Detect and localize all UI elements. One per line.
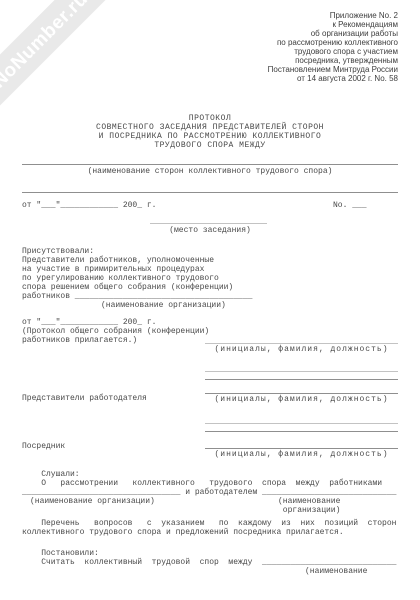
parties-rule-top bbox=[22, 164, 398, 165]
resolved-org-caption: (наименование bbox=[305, 567, 367, 576]
venue-rule bbox=[150, 223, 267, 224]
protocol-date-blank: от "___"____________ 200_ г. bbox=[22, 201, 156, 210]
watermark-text: NoNumber.ru bbox=[0, 0, 91, 91]
signature-rule-1 bbox=[205, 343, 398, 344]
protocol-number-blank: No. ___ bbox=[333, 201, 367, 210]
employer-representatives-label: Представители работодателя bbox=[22, 394, 147, 403]
venue-caption: (место заседания) bbox=[0, 226, 420, 235]
mediator-label: Посредник bbox=[22, 442, 65, 451]
meeting-minutes-note: от "___"____________ 200_ г. (Протокол о… bbox=[22, 318, 209, 345]
heard-paragraph: Слушали: О рассмотрении коллективного тр… bbox=[22, 470, 396, 497]
signature-blank-rule-3 bbox=[205, 423, 398, 424]
attendees-org-caption: (наименование организации) bbox=[101, 301, 226, 310]
signature-blank-rule-2 bbox=[205, 379, 398, 380]
signature-rule-2 bbox=[205, 393, 398, 394]
signature-caption-2: (инициалы, фамилия, должность) bbox=[205, 395, 398, 404]
heard-org-caption-left: (наименование организации) bbox=[30, 497, 155, 506]
signature-blank-rule-1 bbox=[205, 371, 398, 372]
parties-caption: (наименование сторон коллективного трудо… bbox=[0, 167, 420, 176]
signature-blank-rule-4 bbox=[205, 431, 398, 432]
parties-rule-bottom bbox=[22, 192, 398, 193]
signature-caption-3: (инициалы, фамилия, должность) bbox=[205, 450, 398, 459]
heard-org-caption-right: (наименование организации) bbox=[278, 497, 340, 515]
signature-caption-1: (инициалы, фамилия, должность) bbox=[205, 345, 398, 354]
document-title: ПРОТОКОЛ СОВМЕСТНОГО ЗАСЕДАНИЯ ПРЕДСТАВИ… bbox=[0, 114, 420, 150]
signature-rule-3 bbox=[205, 448, 398, 449]
document-page: NoNumber.ru Приложение No. 2 к Рекоменда… bbox=[0, 0, 420, 600]
attendees-paragraph: Присутствовали: Представители работников… bbox=[22, 247, 252, 301]
issues-list-note: Перечень вопросов с указанием по каждому… bbox=[22, 519, 396, 537]
annex-header: Приложение No. 2 к Рекомендациям об орга… bbox=[268, 11, 398, 83]
resolved-paragraph: Постановили: Считать коллективный трудов… bbox=[22, 549, 396, 567]
